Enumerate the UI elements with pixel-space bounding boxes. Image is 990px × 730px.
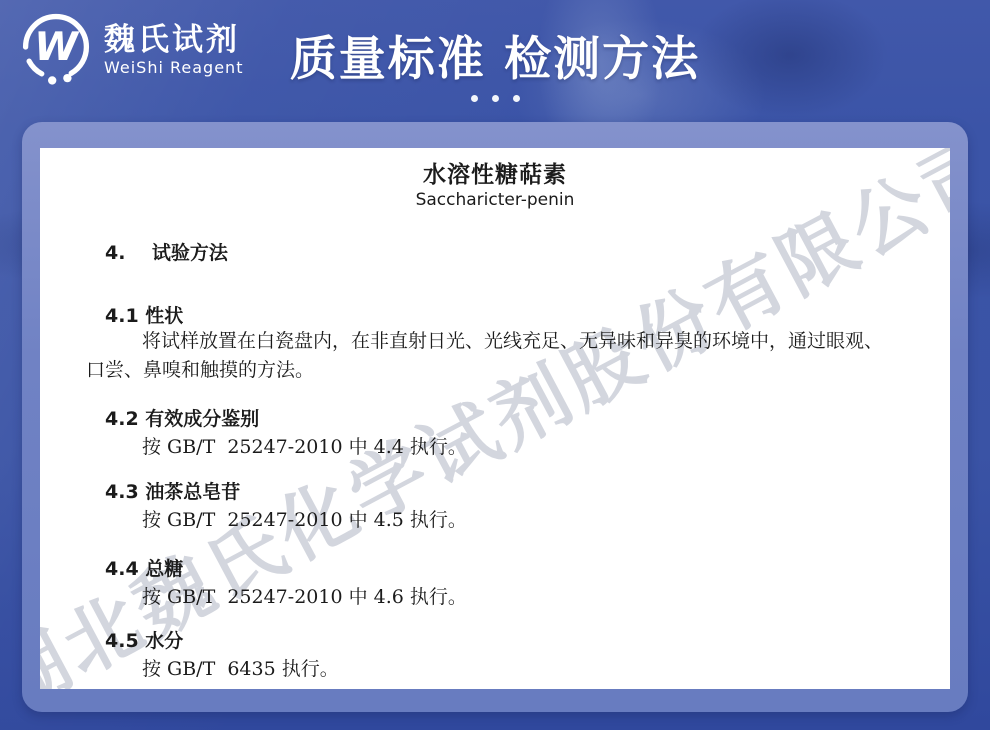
document-title-en: Saccharicter-penin xyxy=(40,190,950,210)
section-heading-4-5: 4.5 水分 xyxy=(105,626,183,653)
section-heading-4-3: 4.3 油茶总皂苷 xyxy=(105,477,240,504)
section-body-4-1: 将试样放置在白瓷盘内，在非直射日光、光线充足、无异味和异臭的环境中，通过眼观、口… xyxy=(86,327,892,385)
section-heading-4-4: 4.4 总糖 xyxy=(105,554,183,581)
section-body-4-2: 按 GB/T 25247-2010 中 4.4 执行。 xyxy=(142,432,467,459)
document-sheet: 湖北魏氏化学试剂股份有限公司 水溶性糖萜素 Saccharicter-penin… xyxy=(40,148,950,689)
section-heading-4-1: 4.1 性状 xyxy=(105,301,183,328)
document-title-cn: 水溶性糖萜素 xyxy=(40,156,950,189)
page-title: 质量标准 检测方法 xyxy=(0,22,990,89)
section-body-4-4: 按 GB/T 25247-2010 中 4.6 执行。 xyxy=(142,582,467,609)
section-heading-4-2: 4.2 有效成分鉴别 xyxy=(105,404,259,431)
content-panel: 湖北魏氏化学试剂股份有限公司 水溶性糖萜素 Saccharicter-penin… xyxy=(22,122,968,712)
section-body-4-3: 按 GB/T 25247-2010 中 4.5 执行。 xyxy=(142,505,467,532)
header-banner: W 魏氏试剂 WeiShi Reagent 质量标准 检测方法 xyxy=(0,0,990,122)
section-body-4-5: 按 GB/T 6435 执行。 xyxy=(142,654,339,681)
section-heading-test-methods: 4. 试验方法 xyxy=(105,238,228,265)
dots-divider-icon xyxy=(0,95,990,102)
